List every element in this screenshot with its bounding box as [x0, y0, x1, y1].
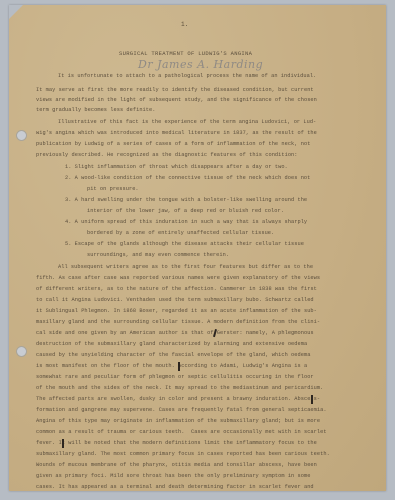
edit-mark — [62, 439, 64, 448]
text-line: bordered by a zone of entirely unaffecte… — [87, 231, 274, 236]
text-line: cases. It has appeared as a terminal and… — [36, 485, 314, 490]
text-line: given as primary foci. Mild sore throat … — [36, 474, 310, 479]
text-line: interior of the lower jaw, of a deep red… — [87, 209, 284, 214]
text-line: views are modified in the light of subse… — [36, 98, 317, 103]
text-line: somewhat rare and peculiar form of phleg… — [36, 375, 314, 380]
text-line: surroundings, and may even commence ther… — [87, 253, 229, 258]
text-line: 1. Slight inflammation of throat which d… — [65, 165, 288, 170]
text-line: destruction of the submaxillary gland ch… — [36, 342, 307, 347]
text-line: maxillary gland and the surrounding cell… — [36, 320, 320, 325]
text-line: 4. A uniform spread of this induration i… — [65, 220, 307, 225]
text-line: common as a result of trauma or carious … — [36, 430, 327, 435]
text-line: The affected parts are swollen, dusky in… — [36, 397, 320, 402]
edit-mark — [178, 362, 180, 371]
page-number: 1. — [181, 22, 188, 28]
text-line: is most manifest on the floor of the mou… — [36, 364, 307, 369]
text-line: pit on pressure. — [87, 187, 139, 192]
text-line: publication by Ludwig of a series of cas… — [36, 142, 310, 147]
punch-hole-icon — [16, 130, 27, 141]
text-line: fifth. As case after case was reported v… — [36, 276, 320, 281]
handwritten-author: Dr James A. Harding — [138, 58, 263, 71]
text-line: previously described. He recognized as t… — [36, 153, 298, 158]
edit-mark — [311, 395, 313, 404]
text-line: All subsequent writers agree as to the f… — [58, 265, 313, 270]
text-line: it Sublingual Phlegmon. In 1868 Boser, r… — [36, 309, 317, 314]
text-line: formation and gangrene may supervene. Ca… — [36, 408, 327, 413]
text-line: 2. A wood-like condition of the connecti… — [65, 176, 310, 181]
text-line: term gradually becomes less definite. — [36, 108, 155, 113]
text-line: cal side and one given by an American au… — [36, 331, 314, 336]
text-line: fever. It will be noted that the modern … — [36, 441, 317, 446]
text-line: It is unfortunate to attach to a patholo… — [58, 74, 316, 79]
text-line: wig's angina which was introduced into m… — [36, 131, 317, 136]
text-line: of different writers, as to the nature o… — [36, 287, 317, 292]
text-line: caused by the unyielding character of th… — [36, 353, 310, 358]
text-line: Wounds of mucous membrane of the pharynx… — [36, 463, 317, 468]
torn-corner — [9, 5, 23, 19]
text-line: It may serve at first the more readily t… — [36, 88, 314, 93]
text-line: of the mouth and the sides of the neck. … — [36, 386, 323, 391]
punch-hole-icon — [16, 346, 27, 357]
text-line: to call it Angina Ludovici. Venthaden us… — [36, 298, 314, 303]
document-title: SURGICAL TREATMENT OF LUDWIG'S ANGINA — [119, 51, 252, 57]
text-line: submaxillary gland. The most common prim… — [36, 452, 330, 457]
text-line: 3. A hard swelling under the tongue with… — [65, 198, 307, 203]
text-line: Angina of this type may originate in inf… — [36, 419, 320, 424]
text-line: Illustrative of this fact is the experie… — [58, 120, 316, 125]
text-line: 5. Escape of the glands although the dis… — [65, 242, 304, 247]
